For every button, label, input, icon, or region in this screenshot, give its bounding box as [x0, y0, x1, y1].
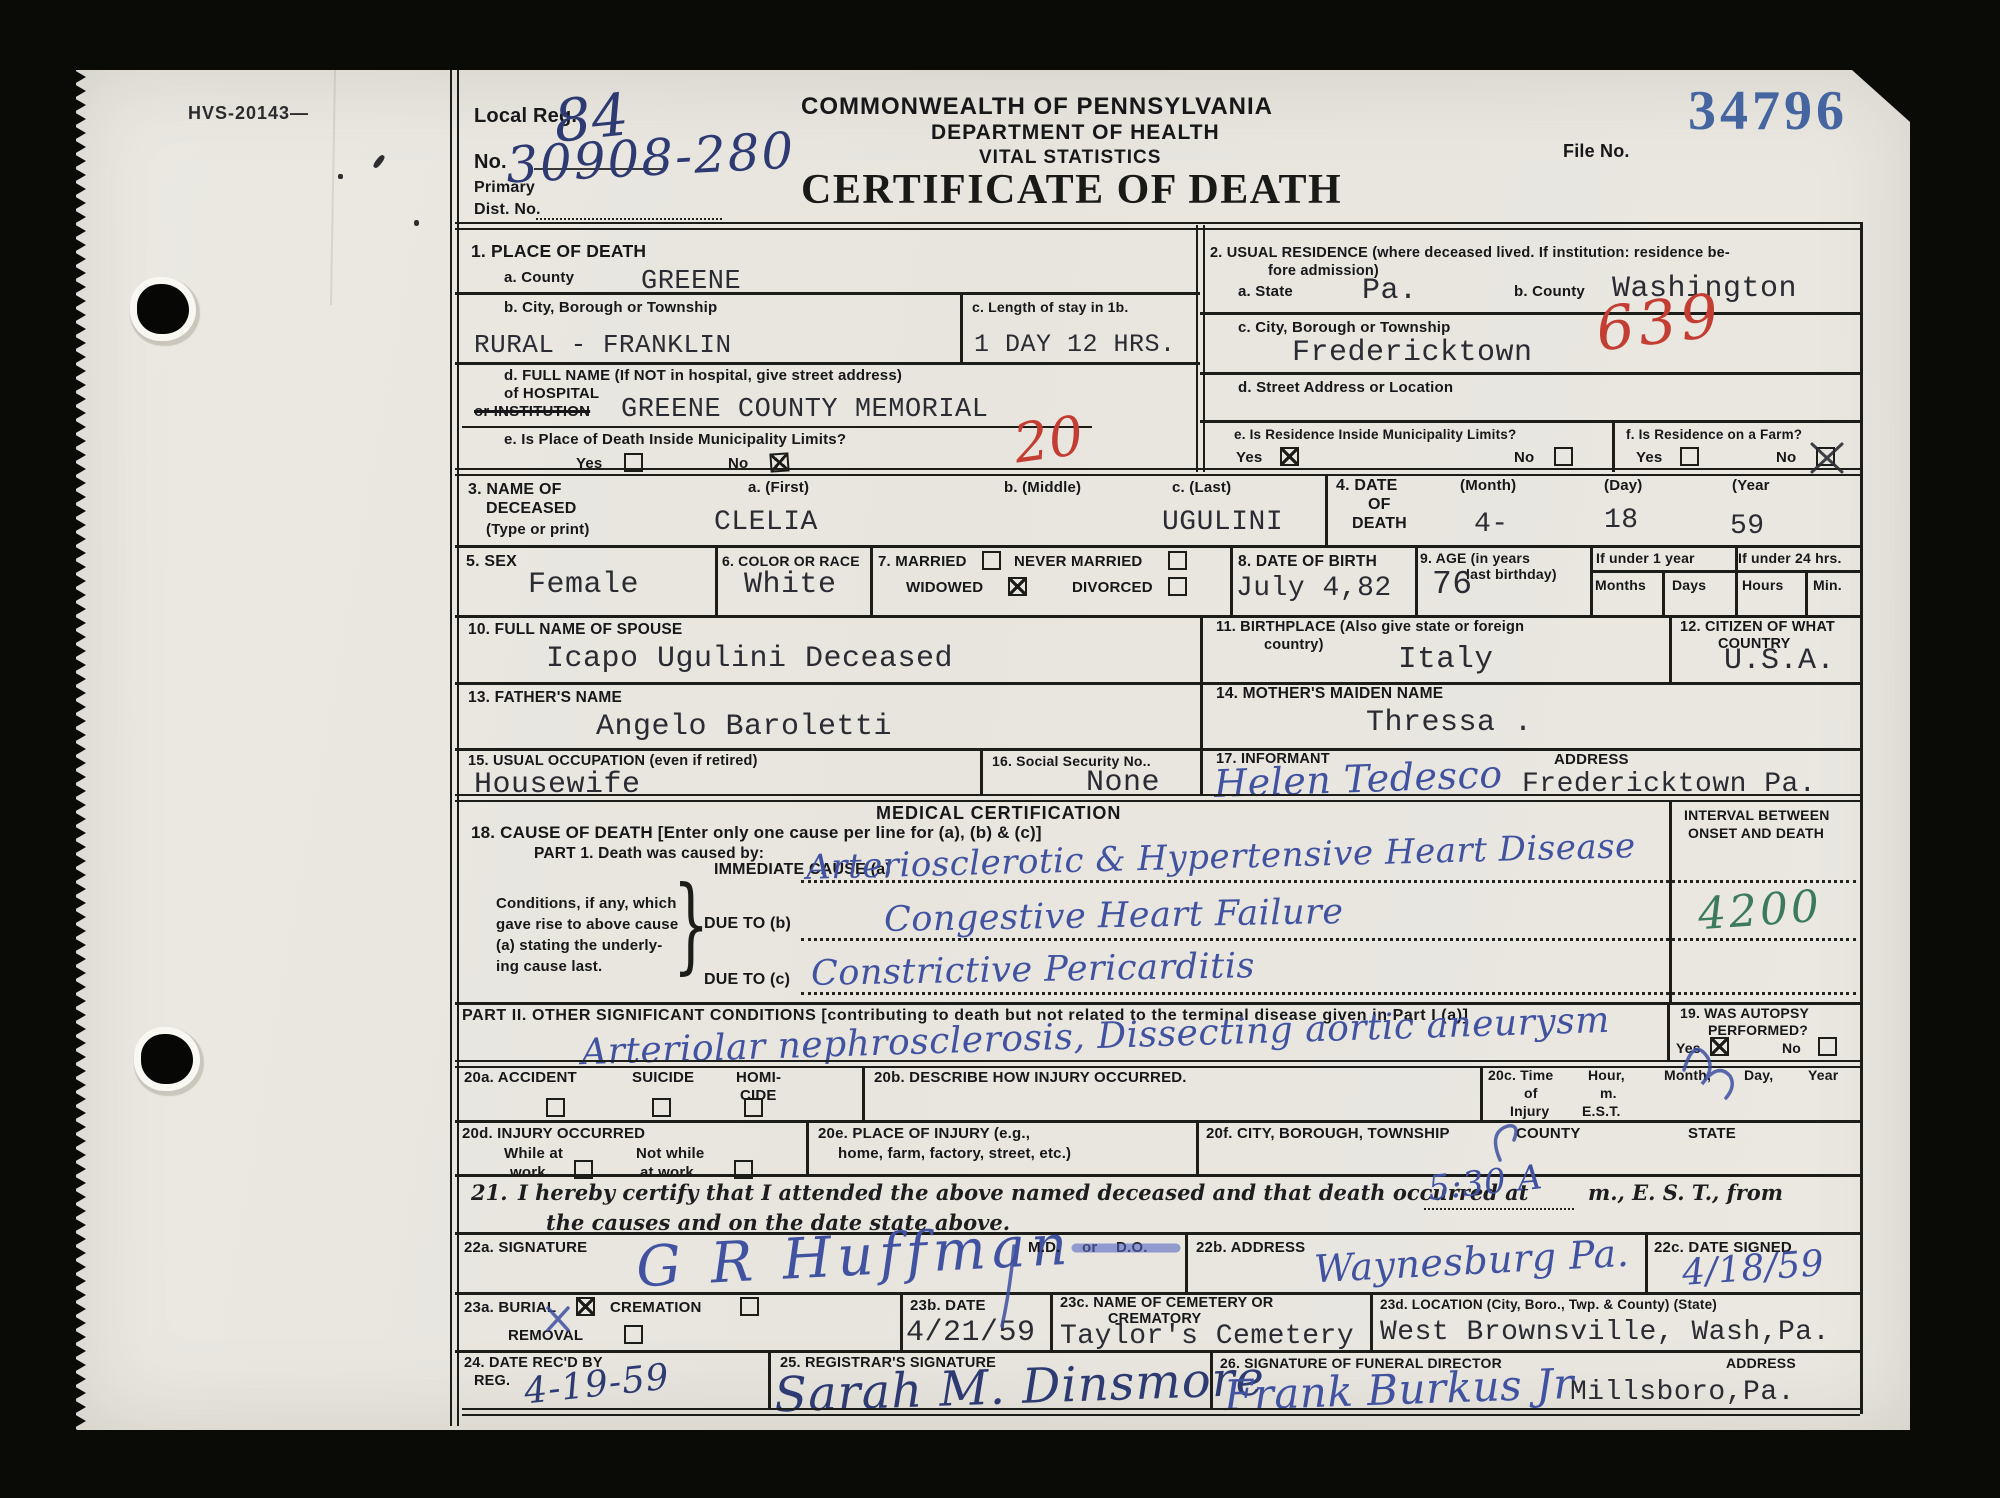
- s7-divorced-label: DIVORCED: [1072, 580, 1153, 596]
- s4-label-3: DEATH: [1352, 516, 1407, 533]
- org-line-3: VITAL STATISTICS: [979, 148, 1161, 168]
- s19-label-2: PERFORMED?: [1708, 1023, 1808, 1038]
- s20f-label: 20f. CITY, BOROUGH, TOWNSHIP: [1206, 1126, 1450, 1142]
- s1-city-label: b. City, Borough or Township: [504, 300, 717, 316]
- grid-line: [1805, 570, 1808, 615]
- s1-city-value: RURAL - FRANKLIN: [474, 332, 732, 359]
- grid-line: [462, 426, 1092, 428]
- s23c-label-1: 23c. NAME OF CEMETERY OR: [1060, 1296, 1273, 1311]
- s20f-county-label: COUNTY: [1516, 1126, 1581, 1142]
- s2-farm-no-checkbox: [1816, 447, 1835, 466]
- grid-line: [1200, 312, 1860, 315]
- s9-months-label: Months: [1595, 578, 1646, 593]
- s7-widowed-label: WIDOWED: [906, 580, 983, 596]
- grid-line: [1612, 420, 1615, 472]
- s20a-suicide-checkbox: [652, 1098, 671, 1117]
- s2-limits-yes-checkbox: [1280, 447, 1299, 466]
- s18-cause-c-handwriting: Constrictive Pericarditis: [811, 948, 1256, 992]
- s17-address-label: ADDRESS: [1554, 752, 1629, 768]
- s20e-label-2: home, farm, factory, street, etc.): [838, 1146, 1071, 1162]
- s15-label: 15. USUAL OCCUPATION (even if retired): [468, 754, 758, 769]
- s21-text-1: I hereby certify that I attended the abo…: [518, 1182, 1528, 1204]
- s3-label-1: 3. NAME OF: [468, 482, 562, 499]
- s12-label-1: 12. CITIZEN OF WHAT: [1680, 620, 1835, 635]
- s23c-value: Taylor's Cemetery: [1060, 1322, 1354, 1351]
- grid-line: [455, 468, 1860, 476]
- grid-line: [1230, 545, 1233, 615]
- file-no-label: File No.: [1563, 142, 1630, 161]
- grid-line: [1590, 545, 1593, 615]
- s19-no-checkbox: [1818, 1037, 1837, 1056]
- s11-label-1: 11. BIRTHPLACE (Also give state or forei…: [1216, 620, 1524, 635]
- s20c-label-4: Hour,: [1588, 1068, 1625, 1083]
- s23d-value: West Brownsville, Wash,Pa.: [1380, 1318, 1830, 1347]
- s18-part1-label: PART 1. Death was caused by:: [534, 846, 764, 862]
- s3-middle-label: b. (Middle): [1004, 480, 1081, 496]
- grid-line: [1370, 1292, 1373, 1350]
- death-certificate-scan: HVS-20143— Local Reg. No. 84 Primary Dis…: [76, 70, 1910, 1430]
- s2-farm-no-label: No: [1776, 450, 1796, 466]
- s23a-removal-label: REMOVAL: [508, 1328, 583, 1344]
- s2-farm-yes-checkbox: [1680, 447, 1699, 466]
- s20c-label-7: Month,: [1664, 1068, 1711, 1083]
- grid-line: [1185, 1232, 1188, 1292]
- s26-address-value: Millsboro,Pa.: [1570, 1378, 1795, 1407]
- s26-address-label: ADDRESS: [1726, 1356, 1796, 1371]
- s18-interval-value: 4200: [1697, 884, 1824, 939]
- s20a-homicide-checkbox: [744, 1098, 763, 1117]
- s18-due-c-label: DUE TO (c): [704, 972, 790, 989]
- grid-line: [462, 1408, 1860, 1416]
- grid-line: [1050, 1292, 1053, 1350]
- s11-label-2: country): [1264, 638, 1324, 653]
- s6-value: White: [744, 570, 837, 602]
- s9-min-label: Min.: [1813, 578, 1842, 593]
- s1-limits-label: e. Is Place of Death Inside Municipality…: [504, 432, 846, 448]
- s4-day-value: 18: [1604, 506, 1639, 535]
- s9-value: 76: [1432, 568, 1473, 603]
- grid-line: [1669, 801, 1672, 1002]
- s7-married-label: 7. MARRIED: [878, 554, 967, 570]
- s18-cond-2: gave rise to above cause: [496, 917, 678, 933]
- s20a-label-3: HOMI-: [736, 1070, 781, 1086]
- grid-line: [1667, 1002, 1670, 1062]
- org-line-1: COMMONWEALTH OF PENNSYLVANIA: [801, 94, 1273, 119]
- s1-title: 1. PLACE OF DEATH: [471, 242, 646, 260]
- s21-number: 21.: [471, 1182, 508, 1204]
- s22b-address-handwriting: Waynesburg Pa.: [1313, 1234, 1630, 1290]
- s23a-removal-checkbox: [624, 1325, 643, 1344]
- s13-value: Angelo Baroletti: [596, 712, 892, 744]
- grid-line: [455, 222, 1860, 230]
- grid-line: [455, 1060, 1860, 1068]
- s2-state-value: Pa.: [1362, 276, 1418, 308]
- grid-line: [1200, 615, 1203, 682]
- s9-label-2: last birthday): [1466, 567, 1557, 582]
- s2-street-label: d. Street Address or Location: [1238, 380, 1453, 396]
- punch-hole: [137, 284, 189, 334]
- s12-value: U.S.A.: [1724, 646, 1835, 678]
- s1-stay-label: c. Length of stay in 1b.: [972, 300, 1128, 315]
- grid-line: [1196, 225, 1205, 472]
- paper-speck: [372, 154, 386, 170]
- s23a-cremation-label: CREMATION: [610, 1300, 702, 1316]
- s23b-label: 23b. DATE: [910, 1298, 986, 1314]
- grid-line: [1415, 545, 1418, 615]
- s2-city-label: c. City, Borough or Township: [1238, 320, 1451, 336]
- s2-red-annotation: 639: [1593, 285, 1726, 363]
- s2-city-value: Fredericktown: [1292, 338, 1533, 370]
- grid-line: [536, 218, 722, 220]
- s19-yes-label: Yes: [1676, 1041, 1701, 1056]
- s23d-label: 23d. LOCATION (City, Boro., Twp. & Count…: [1380, 1298, 1717, 1312]
- s20d-while-2: work: [510, 1165, 546, 1181]
- grid-line: [455, 362, 1200, 365]
- s20d-label: 20d. INJURY OCCURRED: [462, 1126, 645, 1142]
- s21-text-2: m., E. S. T., from: [1588, 1182, 1783, 1204]
- grid-line: [1325, 476, 1328, 545]
- s13-label: 13. FATHER'S NAME: [468, 690, 622, 706]
- grid-line: [1480, 1066, 1483, 1120]
- s22a-or-label: or: [1082, 1240, 1097, 1256]
- s8-label: 8. DATE OF BIRTH: [1238, 554, 1377, 570]
- s4-month-value: 4-: [1474, 510, 1509, 539]
- grid-line: [960, 292, 963, 362]
- s9-hours-label: Hours: [1742, 578, 1783, 593]
- grid-line: [1200, 372, 1860, 375]
- s2-limits-no-label: No: [1514, 450, 1534, 466]
- grid-line: [455, 545, 1860, 548]
- s18-med-title: MEDICAL CERTIFICATION: [876, 804, 1121, 823]
- s10-label: 10. FULL NAME OF SPOUSE: [468, 622, 682, 638]
- s20f-state-label: STATE: [1688, 1126, 1736, 1142]
- s5-label: 5. SEX: [466, 554, 517, 571]
- s24-label-2: REG.: [474, 1374, 510, 1389]
- s22a-do-label: D.O.: [1116, 1240, 1148, 1256]
- s2-limits-yes-label: Yes: [1236, 450, 1262, 466]
- s20c-label-9: Year: [1808, 1068, 1838, 1083]
- grid-line: [455, 1350, 1860, 1353]
- s2-limits-label: e. Is Residence Inside Municipality Limi…: [1234, 428, 1516, 442]
- s20e-label-1: 20e. PLACE OF INJURY (e.g.,: [818, 1126, 1030, 1142]
- s20a-label-2: SUICIDE: [632, 1070, 694, 1086]
- punch-hole: [141, 1034, 193, 1084]
- s20d-not-2: at work: [640, 1165, 694, 1181]
- grid-line: [455, 682, 1860, 685]
- s23a-burial-label: 23a. BURIAL: [464, 1300, 556, 1316]
- s4-year-label: (Year: [1732, 478, 1770, 494]
- cause-c-line: [801, 992, 1856, 995]
- grid-line: [1669, 615, 1672, 682]
- s3-first-label: a. (First): [748, 480, 809, 496]
- s9-under1-label: If under 1 year: [1596, 551, 1695, 566]
- s18-interval-label-2: ONSET AND DEATH: [1688, 826, 1824, 841]
- s1-county-label: a. County: [504, 270, 574, 286]
- org-line-2: DEPARTMENT OF HEALTH: [931, 122, 1220, 144]
- paper-speck: [414, 220, 419, 226]
- grid-line: [1860, 222, 1863, 1414]
- grid-line: [455, 794, 1860, 802]
- s20c-label-8: Day,: [1744, 1068, 1773, 1083]
- grid-line: [1200, 748, 1203, 794]
- s20d-not-1: Not while: [636, 1146, 704, 1162]
- grid-line: [715, 545, 718, 615]
- stub-form-number: HVS-20143—: [188, 104, 309, 123]
- s2-state-label: a. State: [1238, 284, 1293, 300]
- s20b-label: 20b. DESCRIBE HOW INJURY OCCURRED.: [874, 1070, 1187, 1086]
- primary-dist-number: 30908-280: [505, 124, 797, 192]
- s7-divorced-checkbox: [1168, 577, 1187, 596]
- s3-label-3: (Type or print): [486, 522, 590, 538]
- s1-hospital-value: GREENE COUNTY MEMORIAL: [621, 396, 988, 424]
- grid-line: [1200, 682, 1203, 748]
- s18-cause-b-handwriting: Congestive Heart Failure: [884, 894, 1344, 939]
- s22c-date-handwriting: 4/18/59: [1681, 1245, 1826, 1293]
- grid-line: [1196, 1120, 1199, 1174]
- s9-under24-label: If under 24 hrs.: [1738, 551, 1842, 566]
- s18-cond-1: Conditions, if any, which: [496, 896, 677, 912]
- s1-hospital-label-3: or INSTITUTION: [474, 404, 590, 420]
- grid-line: [455, 292, 1200, 295]
- grid-line: [455, 615, 1860, 618]
- s20a-accident-checkbox: [546, 1098, 565, 1117]
- s7-never-label: NEVER MARRIED: [1014, 554, 1142, 570]
- no-label: No.: [474, 152, 507, 173]
- s3-first-value: CLELIA: [714, 508, 818, 537]
- paper-crease: [330, 70, 336, 305]
- grid-line: [862, 1066, 865, 1120]
- s10-value: Icapo Ugulini Deceased: [546, 644, 953, 676]
- s4-day-label: (Day): [1604, 478, 1643, 494]
- s19-yes-checkbox: [1710, 1037, 1729, 1056]
- s1-hospital-label-2: of HOSPITAL: [504, 386, 599, 402]
- s6-label: 6. COLOR OR RACE: [722, 554, 860, 569]
- grid-line: [1200, 420, 1860, 423]
- s4-label-2: OF: [1368, 497, 1391, 514]
- grid-line: [870, 545, 873, 615]
- s18-due-b-label: DUE TO (b): [704, 916, 791, 933]
- document-title: CERTIFICATE OF DEATH: [801, 168, 1342, 212]
- s14-label: 14. MOTHER'S MAIDEN NAME: [1216, 686, 1443, 702]
- dist-no-label: Dist. No.: [474, 202, 541, 219]
- corner-shadow: [1852, 70, 1910, 122]
- s2-farm-yes-label: Yes: [1636, 450, 1662, 466]
- grid-line: [455, 1002, 1860, 1005]
- grid-line: [455, 1120, 1860, 1123]
- s4-year-value: 59: [1730, 512, 1765, 541]
- s22a-label: 22a. SIGNATURE: [464, 1240, 587, 1256]
- grid-line: [806, 1120, 809, 1174]
- s19-label-1: 19. WAS AUTOPSY: [1680, 1006, 1809, 1021]
- s23a-cremation-checkbox: [740, 1297, 759, 1316]
- s3-last-value: UGULINI: [1162, 508, 1283, 537]
- grid-line: [1662, 570, 1665, 615]
- s20c-label-6: E.S.T.: [1582, 1104, 1621, 1119]
- s18-cond-3: (a) stating the underly-: [496, 938, 662, 954]
- s7-widowed-checkbox: [1008, 577, 1027, 596]
- s1-red-annotation: 20: [1010, 407, 1087, 473]
- grid-line: [768, 1350, 771, 1410]
- s9-days-label: Days: [1672, 578, 1706, 593]
- s8-value: July 4,82: [1236, 574, 1392, 603]
- s18-cond-4: ing cause last.: [496, 959, 602, 975]
- file-number-stamp: 34796: [1688, 82, 1848, 141]
- s1-hospital-label-1: d. FULL NAME (If NOT in hospital, give s…: [504, 368, 902, 384]
- grid-line: [980, 748, 983, 794]
- s5-value: Female: [528, 570, 639, 602]
- s11-value: Italy: [1398, 644, 1494, 677]
- s3-last-label: c. (Last): [1172, 480, 1231, 496]
- s4-month-label: (Month): [1460, 478, 1516, 494]
- s23b-value: 4/21/59: [906, 1318, 1036, 1350]
- s18-label: 18. CAUSE OF DEATH [Enter only one cause…: [471, 824, 1042, 842]
- s23a-burial-checkbox: [576, 1297, 595, 1316]
- s9-label-1: 9. AGE (in years: [1420, 551, 1530, 566]
- s18-interval-label-1: INTERVAL BETWEEN: [1684, 808, 1830, 823]
- s22b-label: 22b. ADDRESS: [1196, 1240, 1305, 1256]
- s20c-label-1: 20c. Time: [1488, 1068, 1553, 1083]
- s22a-md-label: M.D.: [1028, 1240, 1060, 1256]
- s2-title-1: 2. USUAL RESIDENCE (where deceased lived…: [1210, 246, 1730, 261]
- s14-value: Thressa .: [1366, 708, 1533, 740]
- scan-background: HVS-20143— Local Reg. No. 84 Primary Dis…: [0, 0, 2000, 1498]
- s20c-label-3: Injury: [1510, 1104, 1549, 1119]
- s2-limits-no-checkbox: [1554, 447, 1573, 466]
- s7-married-checkbox: [982, 551, 1001, 570]
- s4-label-1: 4. DATE: [1336, 478, 1398, 495]
- s7-never-checkbox: [1168, 551, 1187, 570]
- grid-line: [900, 1292, 903, 1350]
- paper-speck: [338, 174, 343, 179]
- grid-line: [1590, 570, 1860, 573]
- s19-no-label: No: [1782, 1041, 1801, 1056]
- s3-label-2: DECEASED: [486, 501, 577, 518]
- s20c-label-2: of: [1524, 1086, 1538, 1101]
- grid-line: [455, 748, 1860, 751]
- grid-line: [455, 1174, 1860, 1177]
- s20a-label-1: 20a. ACCIDENT: [464, 1070, 577, 1086]
- grid-line: [1424, 1208, 1574, 1210]
- s1-stay-value: 1 DAY 12 HRS.: [974, 332, 1176, 358]
- s2-farm-label: f. Is Residence on a Farm?: [1626, 428, 1802, 442]
- s2-county-label: b. County: [1514, 284, 1585, 300]
- s20c-label-5: m.: [1600, 1086, 1617, 1101]
- s20d-while-1: While at: [504, 1146, 563, 1162]
- grid-line: [1645, 1232, 1648, 1292]
- perforated-edge-icon: [74, 70, 86, 1430]
